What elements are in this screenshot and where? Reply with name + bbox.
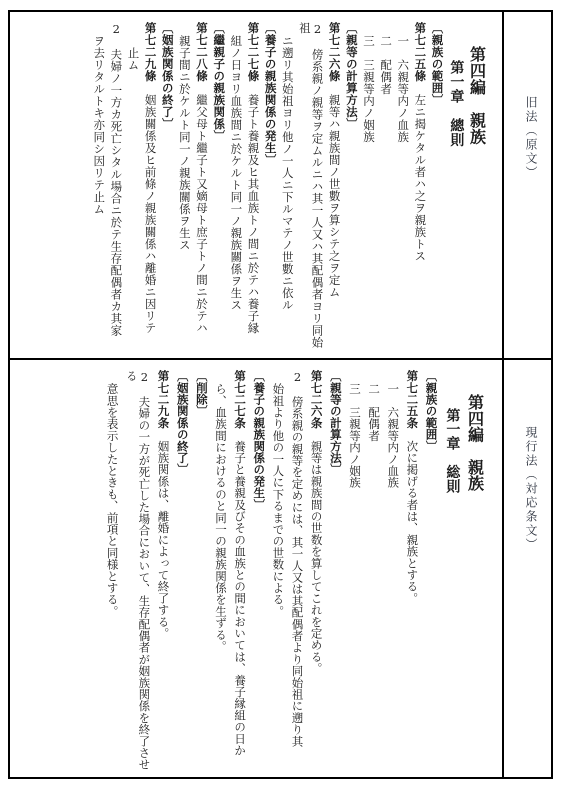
text-column: 2 夫婦ノ一方カ死亡シタル場合ニ於テ生存配偶者カ其家 <box>110 22 123 354</box>
article-number: 第七二八條 <box>195 22 209 82</box>
article-text: 〔養子の親族関係の発生〕 <box>252 370 266 510</box>
text-column: 第一章 總則 <box>448 22 463 354</box>
article-text: 〔親等の計算方法〕 <box>329 370 343 475</box>
text-column: 第七二五条 次に掲げる者は、親族とする。 <box>406 370 419 773</box>
article-text: 〔削除〕 <box>195 370 209 417</box>
text-column: 〔親等の計算方法〕 <box>329 370 342 773</box>
article-text: 二 配偶者 <box>367 383 381 442</box>
article-text: 左ニ揭ケタル者ハ之ヲ親族トス <box>413 82 427 262</box>
article-number: 第七二九條 <box>144 22 158 82</box>
text-column: 第七二八條 繼父母ト繼子ト又嫡母ト庶子トノ間ニ於テハ <box>195 22 208 354</box>
article-text: 養子と養親及びその血族との間においては、養子縁組の日か <box>233 429 247 757</box>
text-column: 〔親族の範囲〕 <box>425 370 438 773</box>
article-text: 〔親族の範囲〕 <box>425 370 439 452</box>
text-column: 第七二九条 姻族関係は、離婚によって終了する。 <box>157 370 170 773</box>
text-column: 止ム <box>127 22 140 354</box>
text-column: ニ遡リ其始祖ヨリ他ノ一人ニ下ルマテノ世數ニ依ル <box>281 22 294 354</box>
article-text: ら、血族間におけるのと同一の親族関係を生ずる。 <box>214 383 228 652</box>
text-column: 三 三親等内ノ姻族 <box>362 22 375 354</box>
article-text: 二 配偶者 <box>379 35 393 95</box>
article-text: 第四編 親族 <box>466 394 485 491</box>
article-text: 意思を表示したときも、前項と同様とする。 <box>106 383 120 617</box>
old-law-text-cell: 第四編 親族第一章 總則〔親族の範囲〕第七二五條 左ニ揭ケタル者ハ之ヲ親族トス一… <box>10 12 502 358</box>
article-text: 第一章 総則 <box>444 408 460 493</box>
article-text: 2 傍系親の親等を定めには、其一人又は其配偶者より同始祖に遡り其 <box>291 370 305 747</box>
article-text: 三 三親等内ノ姻族 <box>348 383 362 488</box>
text-column: 〔養子の親族関係の発生〕 <box>264 22 277 354</box>
text-column: 第七二五條 左ニ揭ケタル者ハ之ヲ親族トス <box>414 22 427 354</box>
article-text: 〔姻族関係の終了〕 <box>176 370 190 475</box>
text-column: 第七二九條 姻族關係及ヒ前條ノ親族關係ハ離婚ニ因リテ <box>144 22 157 354</box>
article-text: 親等ハ親族間ノ世數ヲ算シテ之ヲ定ム <box>328 82 342 298</box>
text-column: 第四編 親族 <box>468 22 486 354</box>
text-column: 始祖より他の一人に下るまでの世数による。 <box>272 370 285 773</box>
text-column: 組ノ日ヨリ血族間ニ於ケルト同一ノ親族關係ヲ生ス <box>230 22 243 354</box>
article-text: 親子間ニ於ケルト同一ノ親族關係ヲ生ス <box>178 35 192 251</box>
text-column: 二 配偶者 <box>367 370 380 773</box>
text-column: 第四編 親族 <box>466 370 484 773</box>
article-text: 2 夫婦の一方が死亡した場合において、生存配偶者が姻族関係を終了させる <box>125 370 152 770</box>
text-column: 〔姻族関係の終了〕 <box>161 22 174 354</box>
document-page: 第四編 親族第一章 總則〔親族の範囲〕第七二五條 左ニ揭ケタル者ハ之ヲ親族トス一… <box>0 0 577 799</box>
article-text: 第一章 總則 <box>448 60 464 147</box>
text-column: ら、血族間におけるのと同一の親族関係を生ずる。 <box>214 370 227 773</box>
article-text: 止ム <box>126 47 140 71</box>
text-column: 意思を表示したときも、前項と同様とする。 <box>106 370 119 773</box>
text-column: 〔削除〕 <box>195 370 208 773</box>
old-law-row: 第四編 親族第一章 總則〔親族の範囲〕第七二五條 左ニ揭ケタル者ハ之ヲ親族トス一… <box>10 12 551 360</box>
article-text: ヲ去リタルトキ亦同シ因リテ止ム <box>92 35 106 215</box>
article-number: 第七二六条 <box>310 370 324 429</box>
text-column: 第一章 総則 <box>444 370 459 773</box>
article-number: 第七二九条 <box>157 370 171 429</box>
text-column: 二 配偶者 <box>379 22 392 354</box>
article-text: 養子ト養親及ヒ其血族トノ間ニ於テハ養子縁 <box>246 82 260 334</box>
article-text: 一 六親等内ノ血族 <box>386 383 400 488</box>
text-column: 2 傍系親ノ親等ヲ定ムルニハ其一人又ハ其配偶者ヨリ同始祖 <box>298 22 323 354</box>
article-text: 組ノ日ヨリ血族間ニ於ケルト同一ノ親族關係ヲ生ス <box>229 35 243 311</box>
text-column: 一 六親等内ノ血族 <box>387 370 400 773</box>
article-text: 第四編 親族 <box>468 46 487 145</box>
article-number: 第七二七条 <box>233 370 247 429</box>
article-text: 2 傍系親ノ親等ヲ定ムルニハ其一人又ハ其配偶者ヨリ同始祖 <box>298 22 325 349</box>
article-text: 2 夫婦ノ一方カ死亡シタル場合ニ於テ生存配偶者カ其家 <box>109 22 123 337</box>
article-text: 次に掲げる者は、親族とする。 <box>405 429 419 605</box>
text-column: 親子間ニ於ケルト同一ノ親族關係ヲ生ス <box>178 22 191 354</box>
text-column: 一 六親等内ノ血族 <box>397 22 410 354</box>
article-text: 親等は親族間の世数を算してこれを定める。 <box>310 429 324 675</box>
article-text: 姻族関係は、離婚によって終了する。 <box>157 429 171 640</box>
law-comparison-table: 第四編 親族第一章 總則〔親族の範囲〕第七二五條 左ニ揭ケタル者ハ之ヲ親族トス一… <box>8 10 553 779</box>
old-law-column-label: 旧法（原文） <box>502 12 551 358</box>
text-column: 第七二六条 親等は親族間の世数を算してこれを定める。 <box>310 370 323 773</box>
text-column: 第七二七條 養子ト養親及ヒ其血族トノ間ニ於テハ養子縁 <box>247 22 260 354</box>
current-law-column-label: 現行法（対応条文） <box>502 360 551 777</box>
article-text: 三 三親等内ノ姻族 <box>362 35 376 143</box>
text-column: 2 傍系親の親等を定めには、其一人又は其配偶者より同始祖に遡り其 <box>291 370 304 773</box>
article-text: 〔親等の計算方法〕 <box>345 22 359 130</box>
text-column: 三 三親等内ノ姻族 <box>348 370 361 773</box>
text-column: 〔繼親子の親族関係〕 <box>213 22 226 354</box>
text-column: 第七二七条 養子と養親及びその血族との間においては、養子縁組の日か <box>233 370 246 773</box>
article-text: ニ遡リ其始祖ヨリ他ノ一人ニ下ルマテノ世數ニ依ル <box>281 35 295 311</box>
text-column: 〔養子の親族関係の発生〕 <box>253 370 266 773</box>
text-column: 第七二六條 親等ハ親族間ノ世數ヲ算シテ之ヲ定ム <box>328 22 341 354</box>
article-number: 第七二五条 <box>405 370 419 429</box>
article-text: 〔姻族関係の終了〕 <box>161 22 175 130</box>
article-text: 〔繼親子の親族関係〕 <box>212 22 226 142</box>
article-text: 繼父母ト繼子ト又嫡母ト庶子トノ間ニ於テハ <box>195 82 209 334</box>
text-column: 2 夫婦の一方が死亡した場合において、生存配偶者が姻族関係を終了させる <box>125 370 150 773</box>
text-column: 〔姻族関係の終了〕 <box>176 370 189 773</box>
article-text: 姻族關係及ヒ前條ノ親族關係ハ離婚ニ因リテ <box>144 82 158 334</box>
article-text: 〔養子の親族関係の発生〕 <box>264 22 278 166</box>
current-law-row: 第四編 親族第一章 総則〔親族の範囲〕第七二五条 次に掲げる者は、親族とする。一… <box>10 360 551 777</box>
article-text: 〔親族の範囲〕 <box>431 22 445 106</box>
article-text: 始祖より他の一人に下るまでの世数による。 <box>271 383 285 617</box>
text-column: ヲ去リタルトキ亦同シ因リテ止ム <box>93 22 106 354</box>
article-number: 第七二五條 <box>413 22 427 82</box>
article-number: 第七二七條 <box>246 22 260 82</box>
article-number: 第七二六條 <box>328 22 342 82</box>
current-law-text-cell: 第四編 親族第一章 総則〔親族の範囲〕第七二五条 次に掲げる者は、親族とする。一… <box>10 360 502 777</box>
text-column: 〔親等の計算方法〕 <box>345 22 358 354</box>
article-text: 一 六親等内ノ血族 <box>396 35 410 143</box>
text-column: 〔親族の範囲〕 <box>431 22 444 354</box>
